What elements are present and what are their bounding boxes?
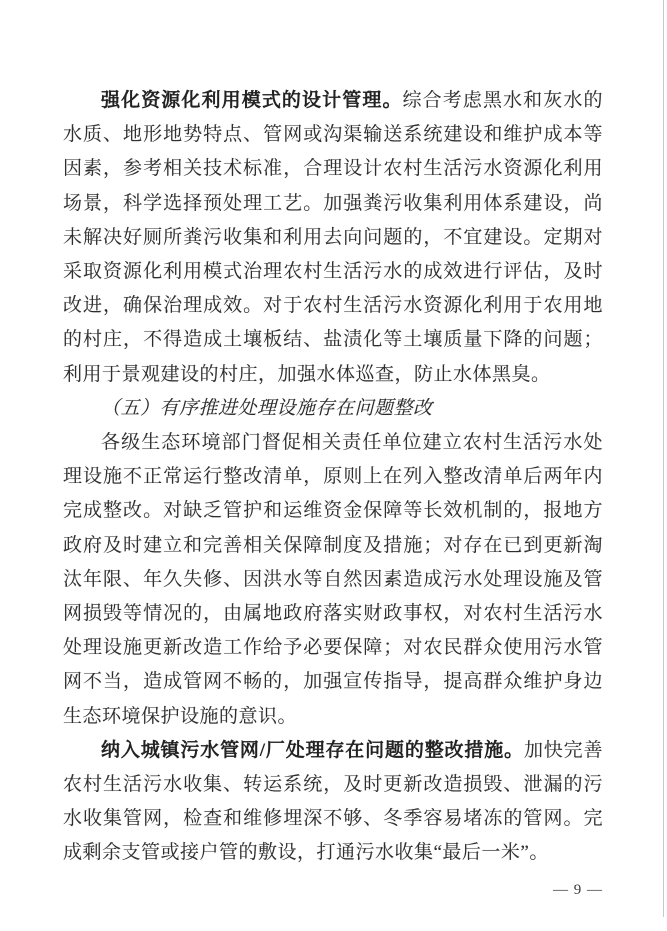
paragraph-lead-bold-text: 强化资源化利用模式的设计管理。 [101, 90, 403, 111]
document-page: 强化资源化利用模式的设计管理。综合考虑黑水和灰水的水质、地形地势特点、管网或沟渠… [0, 0, 667, 931]
page-number: — 9 — [0, 882, 603, 899]
paragraph-rectification-list: 各级生态环境部门督促相关责任单位建立农村生活污水处理设施不正常运行整改清单，原则… [63, 426, 603, 734]
document-text-block: 强化资源化利用模式的设计管理。综合考虑黑水和灰水的水质、地形地势特点、管网或沟渠… [63, 84, 603, 871]
paragraph-lead-bold-text: 纳入城镇污水管网/厂处理存在问题的整改措施。 [101, 740, 524, 761]
scan-edge-line [663, 0, 664, 917]
paragraph-body-text: 综合考虑黑水和灰水的水质、地形地势特点、管网或沟渠输送系统建设和维护成本等因素，… [63, 90, 603, 385]
section-heading-five: （五）有序推进处理设施存在问题整改 [63, 392, 603, 426]
paragraph-resource-utilization-design: 强化资源化利用模式的设计管理。综合考虑黑水和灰水的水质、地形地势特点、管网或沟渠… [63, 84, 603, 392]
paragraph-municipal-pipe-network: 纳入城镇污水管网/厂处理存在问题的整改措施。加快完善农村生活污水收集、转运系统，… [63, 734, 603, 871]
paragraph-body-text: 各级生态环境部门督促相关责任单位建立农村生活污水处理设施不正常运行整改清单，原则… [63, 432, 603, 727]
